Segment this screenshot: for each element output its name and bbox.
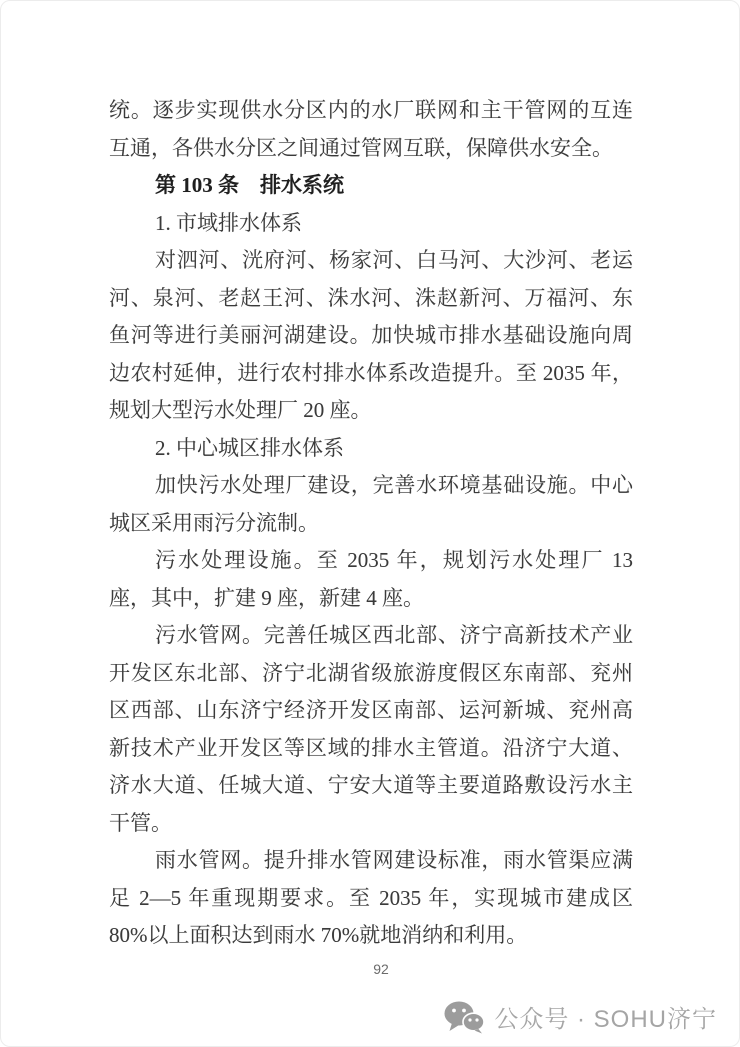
subheading-city-drainage-system: 1. 市域排水体系 — [109, 205, 633, 243]
page-number: 92 — [341, 961, 421, 977]
paragraph-water-supply-continuation: 统。逐步实现供水分区内的水厂联网和主干管网的互连互通，各供水分区之间通过管网互联… — [109, 92, 633, 167]
paragraph-sewage-treatment-facilities: 污水处理设施。至 2035 年，规划污水处理厂 13 座，其中，扩建 9 座，新… — [109, 542, 633, 617]
watermark-text: 公众号 · SOHU济宁 — [494, 999, 717, 1034]
watermark: 公众号 · SOHU济宁 — [443, 999, 717, 1034]
paragraph-sewage-pipe-network: 污水管网。完善任城区西北部、济宁高新技术产业开发区东北部、济宁北湖省级旅游度假区… — [109, 617, 633, 842]
wechat-icon — [443, 1000, 485, 1034]
subheading-central-district-drainage: 2. 中心城区排水体系 — [109, 430, 633, 468]
document-body: 统。逐步实现供水分区内的水厂联网和主干管网的互连互通，各供水分区之间通过管网互联… — [109, 92, 633, 955]
paragraph-rivers-beautiful-lakes: 对泗河、洸府河、杨家河、白马河、大沙河、老运河、泉河、老赵王河、洙水河、洙赵新河… — [109, 242, 633, 430]
paragraph-rainwater-pipe-network: 雨水管网。提升排水管网建设标准，雨水管渠应满足 2—5 年重现期要求。至 203… — [109, 842, 633, 955]
paragraph-sewage-plant-construction: 加快污水处理厂建设，完善水环境基础设施。中心城区采用雨污分流制。 — [109, 467, 633, 542]
article-103-heading: 第 103 条 排水系统 — [109, 167, 633, 205]
document-page: 统。逐步实现供水分区内的水厂联网和主干管网的互连互通，各供水分区之间通过管网互联… — [0, 0, 740, 1047]
